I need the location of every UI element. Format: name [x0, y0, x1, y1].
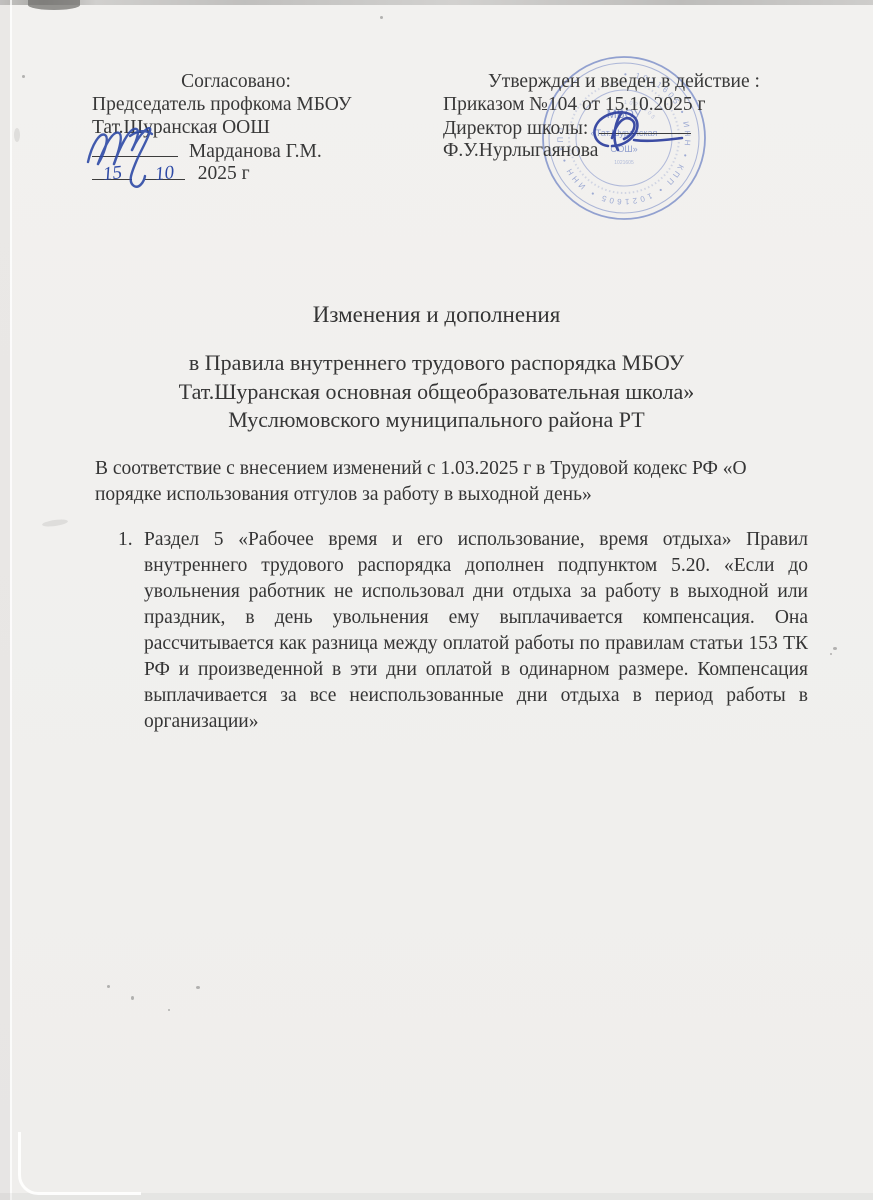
approval-left-line3: Тат.Шуранская ООШ — [92, 116, 440, 139]
scan-speck — [22, 75, 25, 78]
handwritten-day: 15 — [101, 161, 122, 186]
signature-line-left — [92, 139, 178, 157]
approved-label: Утвержден и введен в действие : — [443, 70, 791, 93]
date-month-slot: 10 — [145, 162, 185, 180]
scan-speck — [168, 1009, 170, 1011]
signer-name-right: Ф.У.Нурлыгаянова — [443, 139, 791, 162]
scan-speck — [196, 986, 200, 989]
intro-paragraph: В соответствие с внесением изменений с 1… — [95, 456, 805, 507]
page-subtitle: в Правила внутреннего трудового распоряд… — [0, 349, 873, 435]
approval-block-left: Согласовано: Председатель профкома МБОУ … — [92, 70, 440, 185]
list-item-number: 1. — [118, 527, 144, 553]
signer-name-left: Марданова Г.М. — [189, 141, 322, 162]
scan-speck — [830, 653, 832, 655]
date-day-slot: 15 — [92, 162, 132, 180]
signature-row-left: Марданова Г.М. — [92, 139, 440, 162]
scan-speck — [107, 985, 110, 988]
date-row-left: 15 10 2025 г — [92, 162, 440, 185]
page-corner-edge — [18, 1132, 141, 1195]
scan-left-page-edge — [10, 0, 12, 1200]
scan-speck — [833, 647, 837, 650]
scan-top-smudge — [28, 0, 80, 10]
agreed-label: Согласовано: — [92, 70, 440, 93]
signature-line-right — [599, 116, 691, 134]
scanned-document-page: • 1021605 • ИНН • КПП • 1021605 • ИНН • … — [0, 0, 873, 1200]
scan-left-shade — [0, 0, 10, 1200]
list-item-text: Раздел 5 «Рабочее время и его использова… — [144, 527, 808, 735]
scan-smudge — [14, 128, 20, 142]
subtitle-line-1: в Правила внутреннего трудового распоряд… — [0, 349, 873, 378]
approval-left-line2: Председатель профкома МБОУ — [92, 93, 440, 116]
list-item-1: 1. Раздел 5 «Рабочее время и его использ… — [118, 527, 808, 735]
approval-block-right: Утвержден и введен в действие : Приказом… — [443, 70, 791, 162]
scan-speck — [131, 996, 134, 1000]
director-label: Директор школы: — [443, 118, 588, 139]
subtitle-line-2: Тат.Шуранская основная общеобразовательн… — [0, 378, 873, 407]
scan-smudge — [42, 518, 69, 528]
scan-speck — [380, 16, 383, 19]
scan-top-edge — [0, 0, 873, 5]
handwritten-month: 10 — [154, 161, 175, 186]
director-row: Директор школы: — [443, 116, 791, 139]
date-year-left: 2025 г — [198, 163, 250, 184]
page-title: Изменения и дополнения — [0, 302, 873, 328]
approval-right-line2: Приказом №104 от 15.10.2025 г — [443, 93, 791, 116]
subtitle-line-3: Муслюмовского муниципального района РТ — [0, 406, 873, 435]
